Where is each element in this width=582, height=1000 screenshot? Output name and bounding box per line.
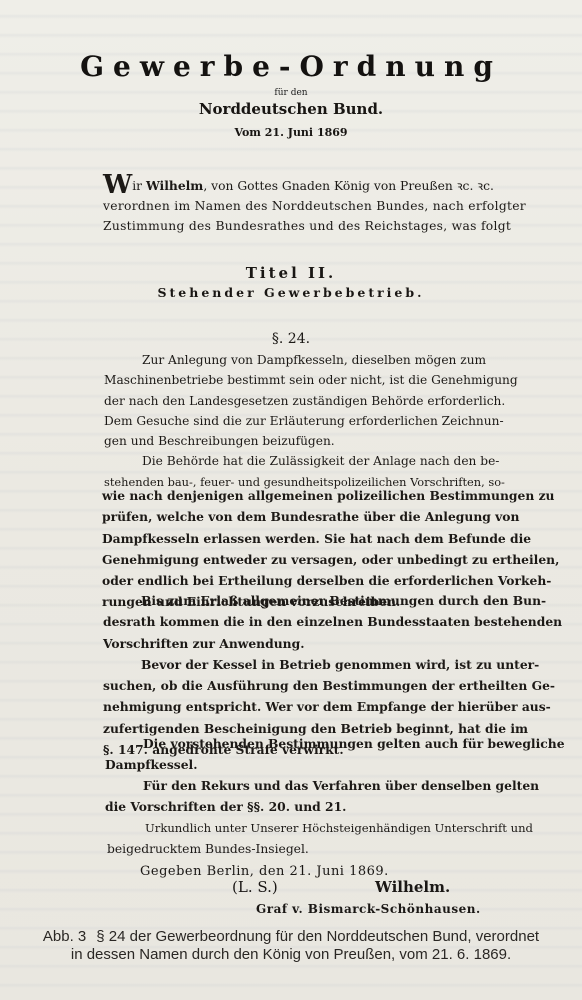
text-line: gen und Beschreibungen beizufügen. — [104, 431, 410, 451]
preamble-line-3: Zustimmung des Bundesrathes und des Reic… — [103, 216, 399, 236]
text-line: beigedrucktem Bundes-Insiegel. — [107, 839, 399, 860]
caption-line-1: Abb. 3§ 24 der Gewerbeordnung für den No… — [0, 928, 582, 946]
text-line: der nach den Landesgesetzen zuständigen … — [104, 391, 410, 411]
text-line: prüfen, welche von dem Bundesrathe über … — [102, 506, 412, 527]
text-line: Für den Rekurs und das Verfahren über de… — [105, 775, 411, 796]
given-line: Gegeben Berlin, den 21. Juni 1869. — [140, 864, 389, 879]
text-line: wie nach denjenigen allgemeinen polizeil… — [102, 485, 412, 506]
text-line: nehmigung entspricht. Wer vor dem Empfan… — [103, 696, 413, 717]
document-title: Gewerbe-Ordnung — [0, 50, 582, 83]
preamble-word: ir — [132, 179, 142, 193]
date-line: Vom 21. Juni 1869 — [0, 126, 582, 139]
subtitle-small: für den — [0, 88, 582, 98]
section-subtitle: Stehender Gewerbebetrieb. — [0, 285, 582, 300]
text-line: Die vorstehenden Bestimmungen gelten auc… — [105, 733, 411, 754]
body-block-4: Die vorstehenden Bestimmungen gelten auc… — [105, 733, 411, 817]
signature-king: Wilhelm. — [375, 878, 450, 896]
text-line: die Vorschriften der §§. 20. und 21. — [105, 796, 411, 817]
caption-text-1: § 24 der Gewerbeordnung für den Norddeut… — [96, 928, 539, 945]
text-line: suchen, ob die Ausführung den Bestimmung… — [103, 675, 413, 696]
document: Gewerbe-Ordnung für den Norddeutschen Bu… — [0, 0, 582, 1000]
seal-mark: (L. S.) — [232, 878, 278, 896]
section-title: Titel II. — [0, 264, 582, 282]
text-line: Dem Gesuche sind die zur Erläuterung erf… — [104, 411, 410, 431]
figure-caption: Abb. 3§ 24 der Gewerbeordnung für den No… — [0, 928, 582, 964]
text-line: oder endlich bei Ertheilung derselben di… — [102, 570, 412, 591]
text-line: Maschinenbetriebe bestimmt sein oder nic… — [104, 370, 410, 390]
signature-chancellor: Graf v. Bismarck-Schönhausen. — [256, 902, 481, 916]
text-line: Genehmigung entweder zu versagen, oder u… — [102, 549, 412, 570]
king-name: Wilhelm — [146, 178, 203, 193]
text-line: Vorschriften zur Anwendung. — [103, 633, 413, 654]
text-line: Die Behörde hat die Zulässigkeit der Anl… — [104, 451, 410, 471]
preamble: Wir Wilhelm, von Gottes Gnaden König von… — [103, 176, 399, 236]
preamble-line-1: Wir Wilhelm, von Gottes Gnaden König von… — [103, 176, 399, 196]
preamble-text: , von Gottes Gnaden König von Preußen ꝛc… — [203, 179, 494, 193]
closing-block: Urkundlich unter Unserer Höchsteigenhänd… — [107, 818, 399, 860]
text-line: Bis zum Erlaß allgemeiner Bestimmungen d… — [103, 590, 413, 611]
figure-label: Abb. 3 — [43, 928, 86, 945]
text-line: Urkundlich unter Unserer Höchsteigenhänd… — [107, 818, 399, 839]
text-line: Dampfkessel. — [105, 754, 411, 775]
text-line: Bevor der Kessel in Betrieb genommen wir… — [103, 654, 413, 675]
caption-line-2: in dessen Namen durch den König von Preu… — [0, 946, 582, 964]
text-line: desrath kommen die in den einzelnen Bund… — [103, 611, 413, 632]
preamble-line-2: verordnen im Namen des Norddeutschen Bun… — [103, 196, 399, 216]
text-line: Zur Anlegung von Dampfkesseln, dieselben… — [104, 350, 410, 370]
text-line: Dampfkesseln erlassen werden. Sie hat na… — [102, 528, 412, 549]
paragraph-number: §. 24. — [0, 331, 582, 347]
subtitle-main: Norddeutschen Bund. — [0, 100, 582, 118]
body-block-1: Zur Anlegung von Dampfkesseln, dieselben… — [104, 350, 410, 492]
